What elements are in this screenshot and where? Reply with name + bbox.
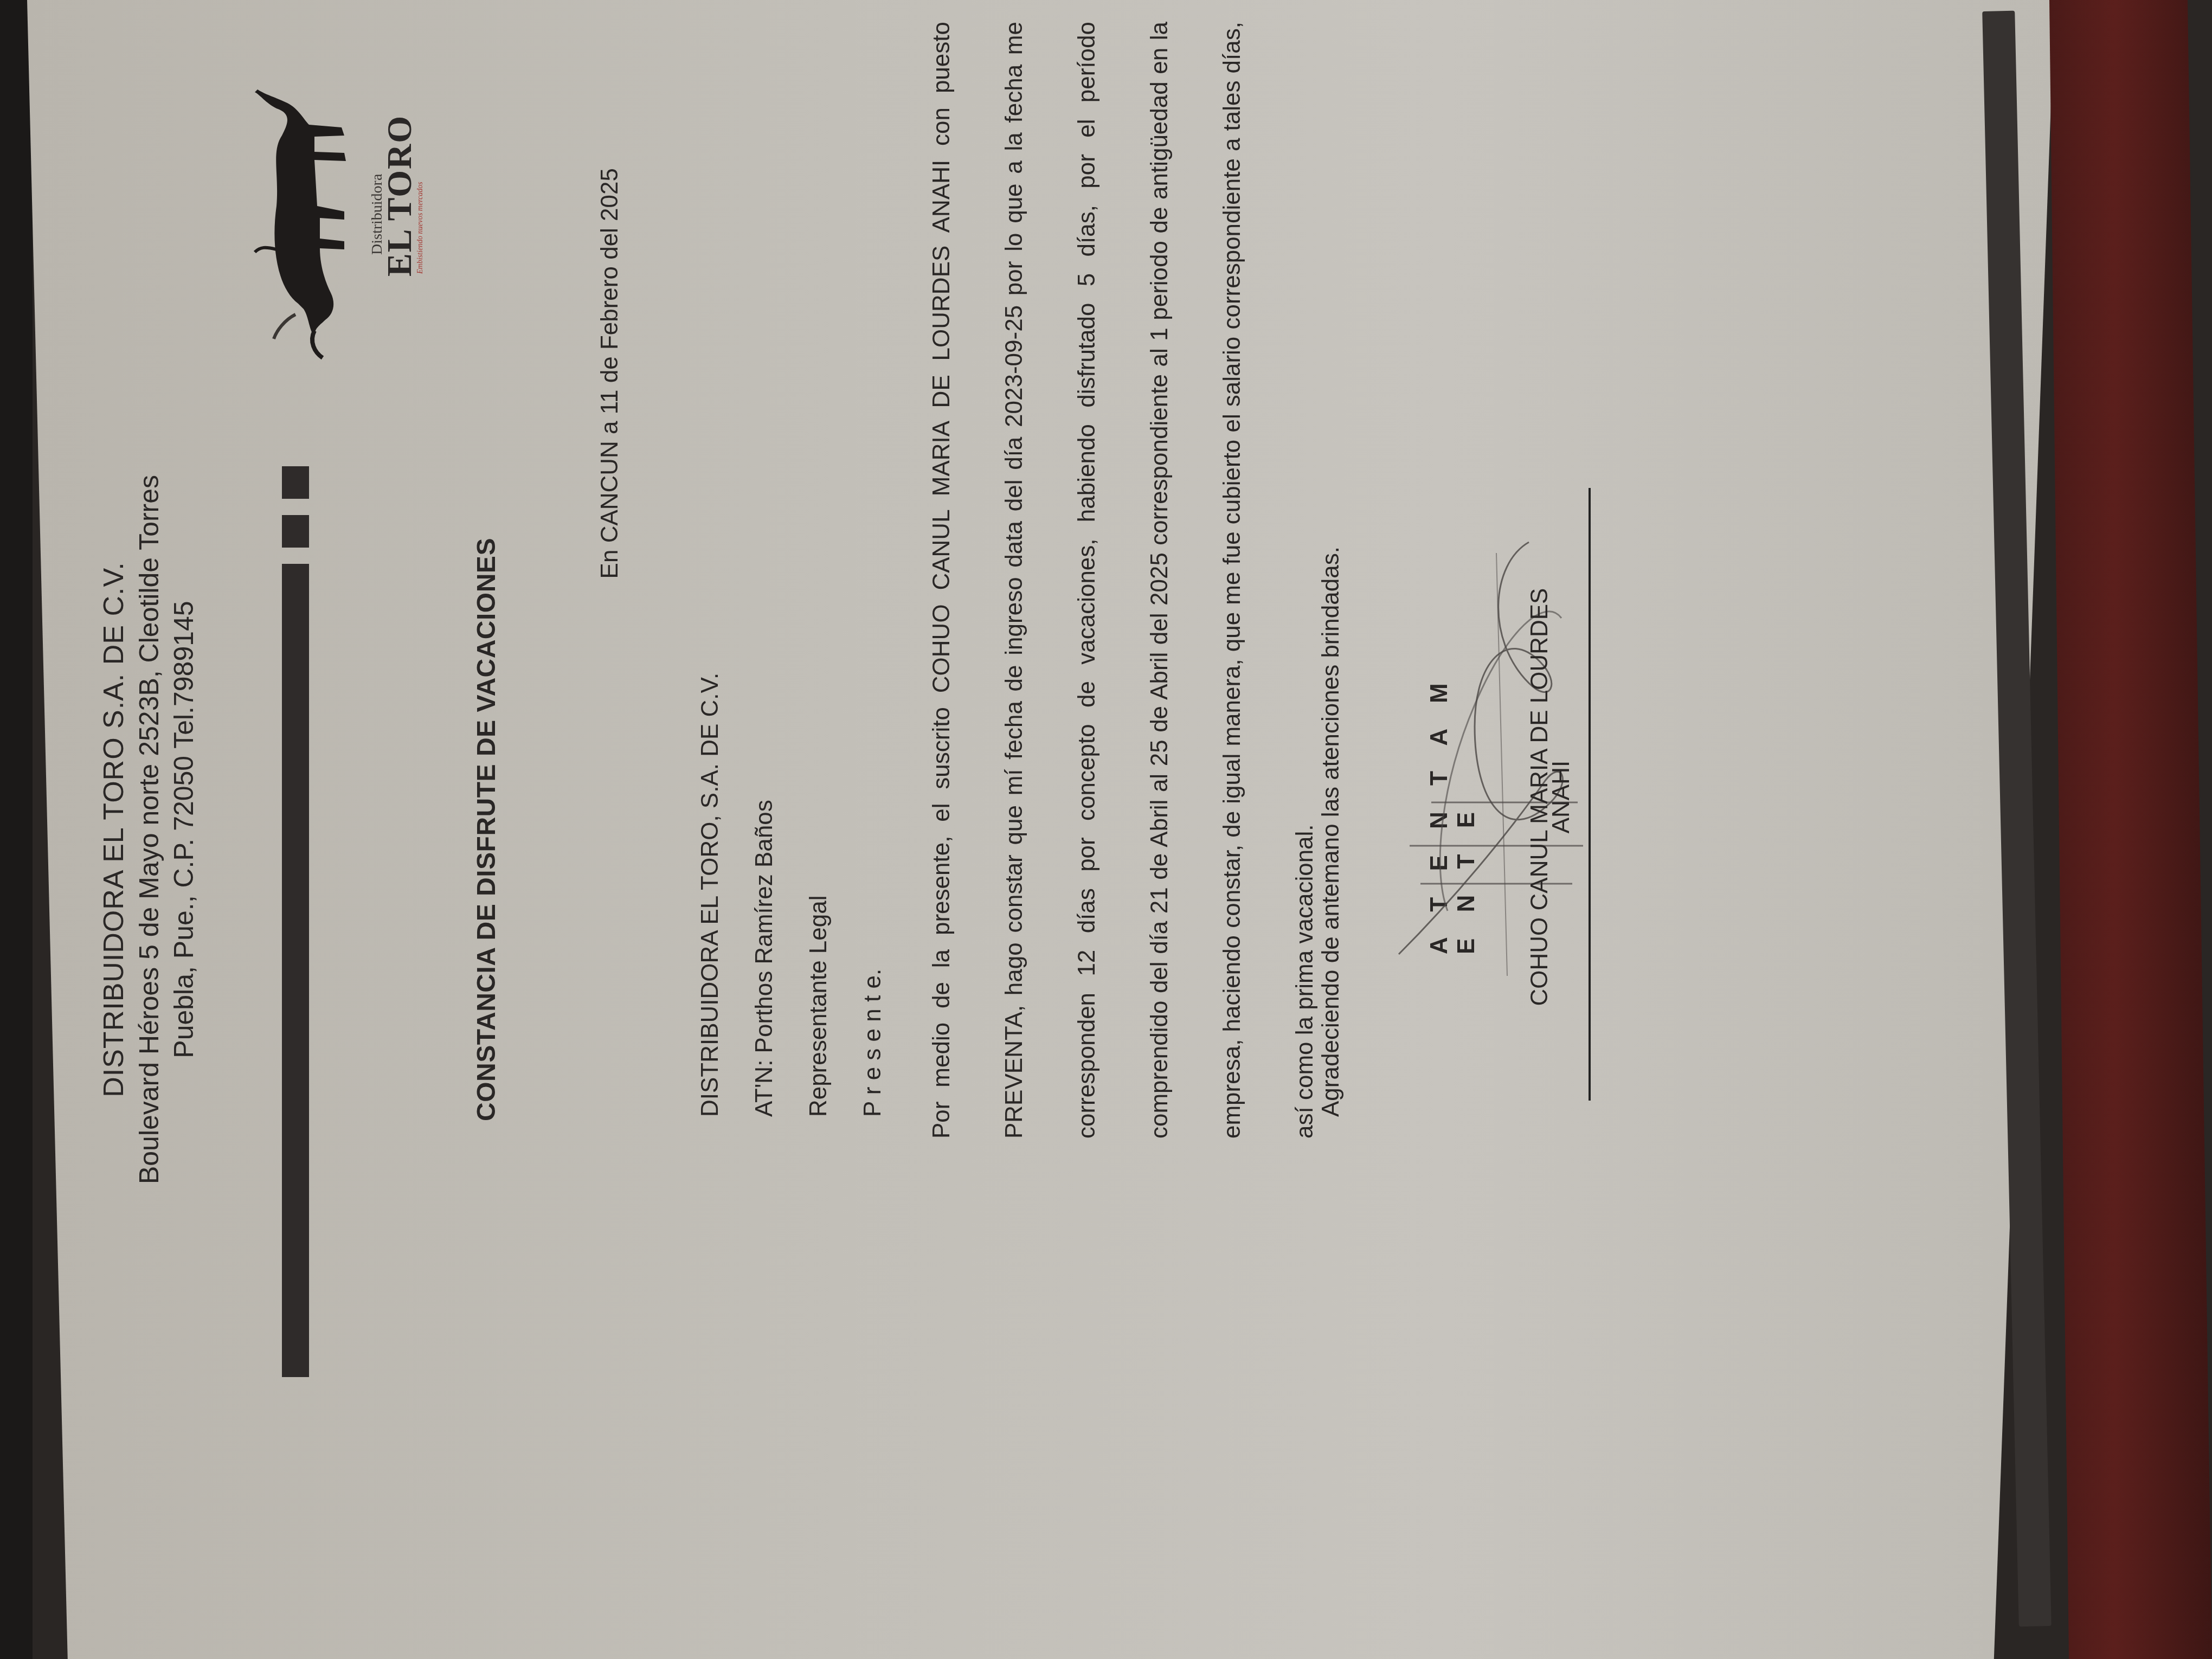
company-logo: Distribuidora EL TORO Embistiendo nuevos… <box>233 65 417 369</box>
signer-name-line-1: COHUO CANUL MARIA DE LOURDES <box>1529 477 1551 1117</box>
addressee-presente: P r e s e n t e. <box>846 673 900 1117</box>
addressee-company: DISTRIBUIDORA EL TORO, S.A. DE C.V. <box>683 673 737 1117</box>
document-page: DISTRIBUIDORA EL TORO S.A. DE C.V. Boule… <box>27 0 2033 1659</box>
addressee-block: DISTRIBUIDORA EL TORO, S.A. DE C.V. AT'N… <box>683 673 900 1117</box>
place-and-date: En CANCUN a 11 de Febrero del 2025 <box>596 168 623 578</box>
body-paragraph: Por medio de la presente, el suscrito CO… <box>905 22 1341 1139</box>
company-name: DISTRIBUIDORA EL TORO S.A. DE C.V. <box>98 0 130 1659</box>
company-address-line-1: Boulevard Héroes 5 de Mayo norte 2523B, … <box>133 0 165 1659</box>
closing-text: Agradeciendo de antemano las atenciones … <box>1317 546 1345 1117</box>
decorative-header-bars <box>282 352 309 1377</box>
addressee-attention: AT'N: Porthos Ramírez Baños <box>737 673 792 1117</box>
bull-icon <box>233 65 369 369</box>
background-red-fabric <box>2049 0 2212 1659</box>
letterhead: DISTRIBUIDORA EL TORO S.A. DE C.V. Boule… <box>98 0 200 1659</box>
signer-name-line-2: ANAHI <box>1551 477 1572 1117</box>
logo-tagline: Embistiendo nuevos mercados <box>416 182 425 274</box>
signer-name: COHUO CANUL MARIA DE LOURDES ANAHI <box>1529 477 1572 1117</box>
document-title: CONSTANCIA DE DISFRUTE DE VACACIONES <box>472 0 501 1659</box>
signature-line <box>1589 488 1591 1101</box>
logo-brand-text: EL TORO <box>380 115 420 276</box>
addressee-role: Representante Legal <box>792 673 846 1117</box>
company-address-line-2: Puebla, Pue., C.P. 72050 Tel.7989145 <box>168 0 200 1659</box>
